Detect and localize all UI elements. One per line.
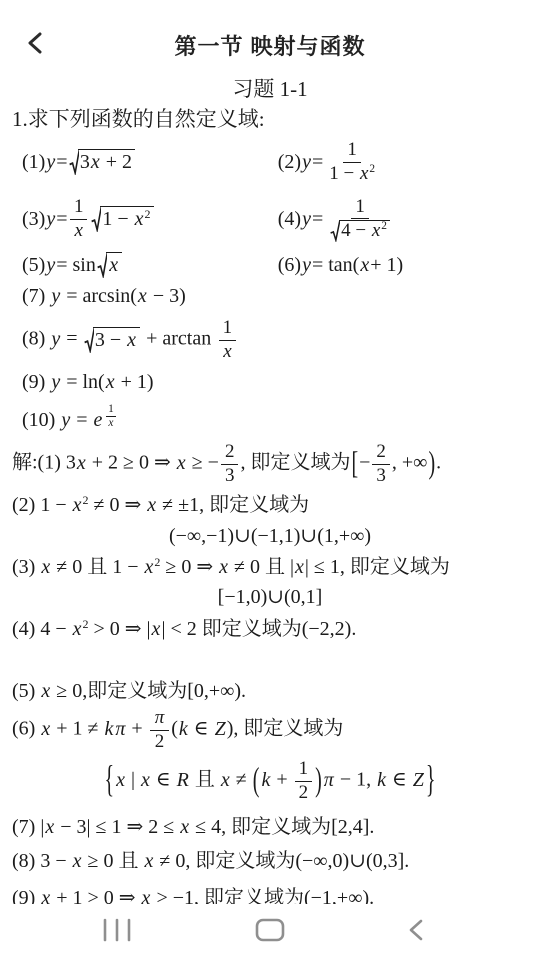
problem-9: (9) y = ln(x + 1) (12, 366, 528, 398)
solution-6-line2: {x | x ∈ R 且 x ≠ (k + 12)π − 1, k ∈ Z} (12, 754, 528, 808)
problem-row-3: (5) y = sin x (6) y = tan(x + 1) (12, 250, 528, 280)
problem-3: (3) y = 1x1 − x2 (12, 197, 278, 241)
solution-6-line1: (6) x + 1 ≠ kπ + π2(k ∈ Z), 即定义域为 (12, 706, 528, 754)
nav-back-button[interactable] (398, 904, 434, 960)
recents-icon (100, 918, 134, 947)
recents-button[interactable] (99, 904, 135, 960)
document-content: 习题 1-1 1.求下列函数的自然定义域: (1) y = 3x + 2 (2)… (0, 74, 540, 914)
problem-5: (5) y = sin x (12, 252, 278, 278)
solution-3-line1: (3) x ≠ 0 且 1 − x2 ≥ 0 ⇒ x ≠ 0 且 |x| ≤ 1… (12, 552, 528, 582)
problem-8: (8) y = 3 − x + arctan 1x (12, 314, 528, 366)
solution-8: (8) 3 − x ≥ 0 且 x ≠ 0, 即定义域为(−∞,0)∪(0,3]… (12, 846, 528, 876)
home-icon (255, 918, 285, 947)
solution-1: 解:(1) 3x + 2 ≥ 0 ⇒ x ≥ −23, 即定义域为[−23, +… (12, 438, 528, 490)
problem-row-1: (1) y = 3x + 2 (2) y = 11 − x2 (12, 136, 528, 188)
android-nav-bar (0, 904, 540, 960)
problem-1: (1) y = 3x + 2 (12, 149, 278, 175)
back-button[interactable] (22, 32, 48, 58)
problem-7: (7) y = arcsin(x − 3) (12, 280, 528, 312)
app-screen: 第一节 映射与函数 习题 1-1 1.求下列函数的自然定义域: (1) y = … (0, 0, 540, 960)
solution-2-line1: (2) 1 − x2 ≠ 0 ⇒ x ≠ ±1, 即定义域为 (12, 490, 528, 520)
home-button[interactable] (252, 904, 288, 960)
solution-5: (5) x ≥ 0,即定义域为[0,+∞). (12, 676, 528, 706)
problem-6: (6) y = tan(x + 1) (278, 253, 403, 278)
exercise-subtitle: 习题 1-1 (12, 74, 528, 104)
solution-2-line2: (−∞,−1)∪(−1,1)∪(1,+∞) (12, 520, 528, 552)
solution-7: (7) |x − 3| ≤ 1 ⇒ 2 ≤ x ≤ 4, 即定义域为[2,4]. (12, 812, 528, 842)
problem-intro: 1.求下列函数的自然定义域: (12, 106, 528, 132)
solution-3-line2: [−1,0)∪(0,1] (12, 582, 528, 612)
problem-4: (4) y = 14 − x2 (278, 197, 397, 242)
nav-back-icon (408, 918, 424, 947)
problem-2: (2) y = 11 − x2 (278, 140, 381, 184)
problem-10: (10) y = e1x (12, 398, 528, 438)
solution-4: (4) 4 − x2 > 0 ⇒ |x| < 2 即定义域为(−2,2). (12, 612, 528, 646)
problem-row-2: (3) y = 1x1 − x2 (4) y = 14 − x2 (12, 190, 528, 248)
chevron-left-icon (27, 32, 43, 59)
app-header: 第一节 映射与函数 (0, 0, 540, 64)
page-title: 第一节 映射与函数 (174, 30, 365, 61)
